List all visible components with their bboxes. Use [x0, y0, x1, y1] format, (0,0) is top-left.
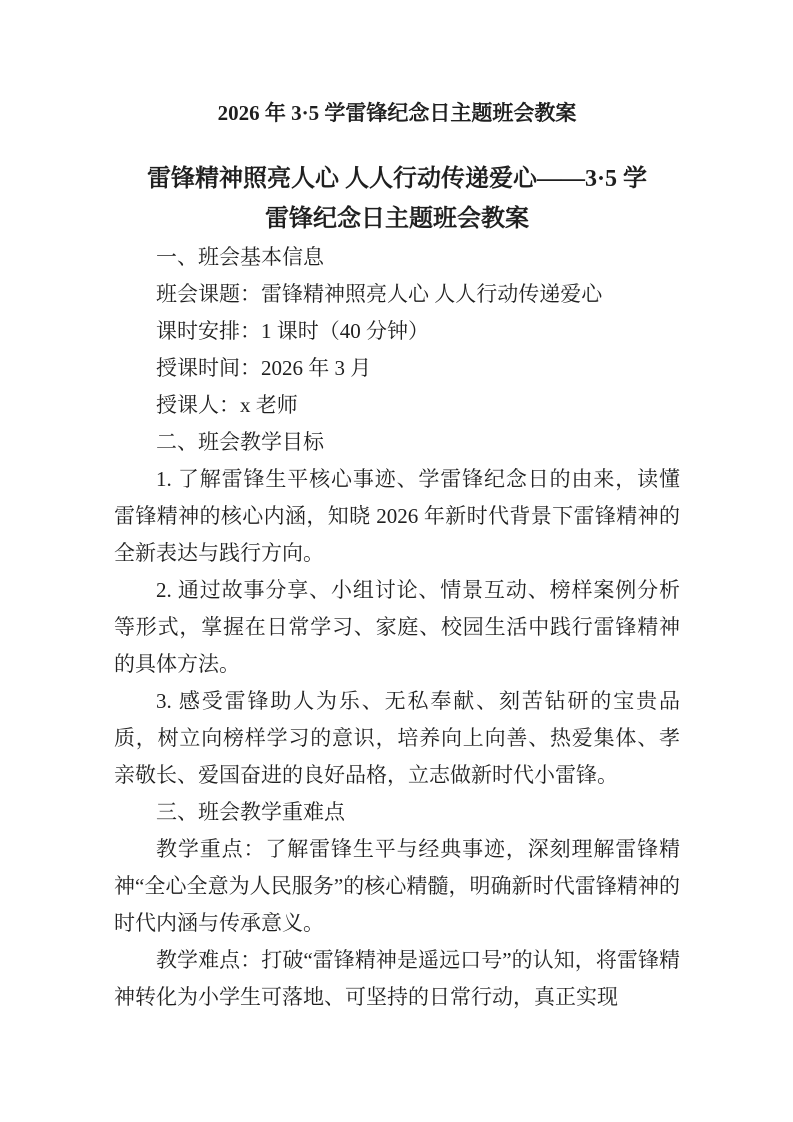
section-heading-basic-info: 一、班会基本信息: [114, 239, 680, 276]
section-heading-key-points: 三、班会教学重难点: [114, 794, 680, 831]
teaching-goal-2: 2. 通过故事分享、小组讨论、情景互动、榜样案例分析等形式，掌握在日常学习、家庭…: [114, 572, 680, 683]
field-class-time: 授课时间：2026 年 3 月: [114, 350, 680, 387]
field-class-teacher: 授课人：x 老师: [114, 387, 680, 424]
section-heading-goals: 二、班会教学目标: [114, 424, 680, 461]
teaching-goal-1: 1. 了解雷锋生平核心事迹、学雷锋纪念日的由来，读懂雷锋精神的核心内涵，知晓 2…: [114, 461, 680, 572]
field-class-topic: 班会课题：雷锋精神照亮人心 人人行动传递爱心: [114, 276, 680, 313]
field-class-duration: 课时安排：1 课时（40 分钟）: [114, 313, 680, 350]
document-content: 2026 年 3·5 学雷锋纪念日主题班会教案 雷锋精神照亮人心 人人行动传递爱…: [114, 0, 680, 1016]
document-page: 2026 年 3·5 学雷锋纪念日主题班会教案 雷锋精神照亮人心 人人行动传递爱…: [0, 0, 793, 1122]
document-title: 2026 年 3·5 学雷锋纪念日主题班会教案: [114, 0, 680, 127]
teaching-difficulty: 教学难点：打破“雷锋精神是遥远口号”的认知，将雷锋精神转化为小学生可落地、可坚持…: [114, 942, 680, 1016]
document-paragraphs: 一、班会基本信息 班会课题：雷锋精神照亮人心 人人行动传递爱心 课时安排：1 课…: [114, 239, 680, 1016]
teaching-focus: 教学重点：了解雷锋生平与经典事迹，深刻理解雷锋精神“全心全意为人民服务”的核心精…: [114, 831, 680, 942]
teaching-goal-3: 3. 感受雷锋助人为乐、无私奉献、刻苦钻研的宝贵品质，树立向榜样学习的意识，培养…: [114, 683, 680, 794]
document-subtitle: 雷锋精神照亮人心 人人行动传递爱心——3·5 学雷锋纪念日主题班会教案: [146, 159, 648, 239]
